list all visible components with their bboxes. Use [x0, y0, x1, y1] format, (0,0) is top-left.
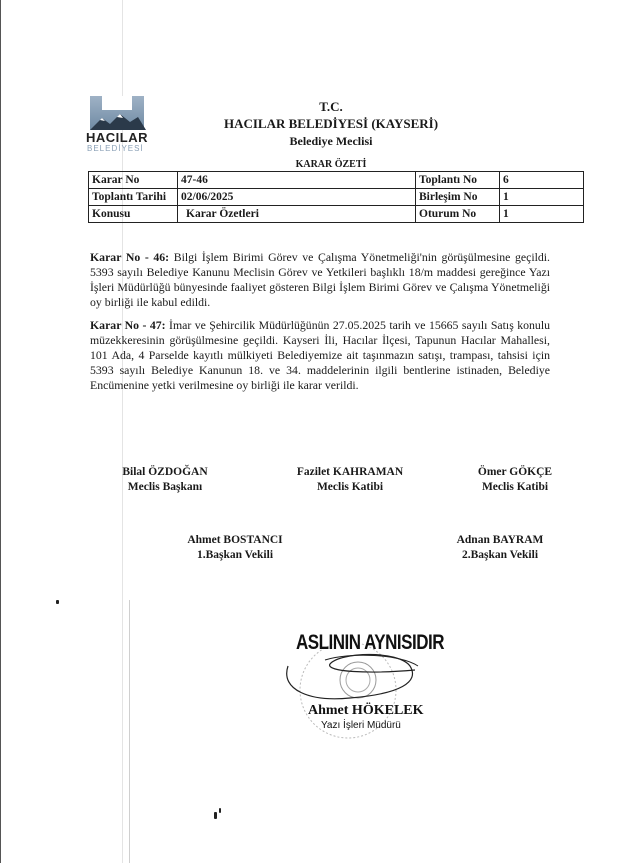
value-meeting-no: 6 [500, 172, 584, 189]
value-subject: Karar Özetleri [178, 206, 416, 223]
scan-artifact [219, 808, 221, 813]
signatory-council-president: Bilal ÖZDOĞAN Meclis Başkanı [100, 465, 230, 495]
table-row: Toplantı Tarihi 02/06/2025 Birleşim No 1 [89, 189, 584, 206]
scan-fold-line [129, 600, 130, 863]
label-decision-no: Karar No [89, 172, 178, 189]
table-row: Karar No 47-46 Toplantı No 6 [89, 172, 584, 189]
signatory-name: Fazilet KAHRAMAN [280, 465, 420, 480]
value-sitting-no: 1 [500, 206, 584, 223]
document-type: KARAR ÖZETİ [14, 159, 634, 170]
label-meeting-no: Toplantı No [416, 172, 500, 189]
stamp-name: Ahmet HÖKELEK [308, 703, 424, 719]
label-session-no: Birleşim No [416, 189, 500, 206]
decision-label: Karar No - 46: [90, 250, 169, 264]
table-row: Konusu Karar Özetleri Oturum No 1 [89, 206, 584, 223]
decision-46: Karar No - 46: Bilgi İşlem Birimi Görev … [90, 250, 550, 310]
header-council: Belediye Meclisi [14, 134, 634, 149]
header-organization: HACILAR BELEDİYESİ (KAYSERİ) [14, 116, 634, 132]
value-decision-no: 47-46 [178, 172, 416, 189]
signatory-role: Meclis Katibi [280, 480, 420, 495]
signatory-name: Ömer GÖKÇE [460, 465, 570, 480]
signatory-deputy-1: Ahmet BOSTANCI 1.Başkan Vekili [170, 533, 300, 563]
scan-artifact [56, 600, 59, 604]
decision-47: Karar No - 47: İmar ve Şehircilik Müdürl… [90, 318, 550, 393]
decision-label: Karar No - 47: [90, 318, 166, 332]
stamp-role: Yazı İşleri Müdürü [321, 720, 401, 731]
value-session-no: 1 [500, 189, 584, 206]
header-country: T.C. [14, 99, 634, 115]
scan-artifact [214, 812, 217, 819]
label-subject: Konusu [89, 206, 178, 223]
value-meeting-date: 02/06/2025 [178, 189, 416, 206]
signatory-role: 2.Başkan Vekili [430, 548, 570, 563]
signatory-clerk-1: Fazilet KAHRAMAN Meclis Katibi [280, 465, 420, 495]
signatory-deputy-2: Adnan BAYRAM 2.Başkan Vekili [430, 533, 570, 563]
signatory-clerk-2: Ömer GÖKÇE Meclis Katibi [460, 465, 570, 495]
signatory-name: Ahmet BOSTANCI [170, 533, 300, 548]
label-meeting-date: Toplantı Tarihi [89, 189, 178, 206]
signatory-role: Meclis Katibi [460, 480, 570, 495]
decision-info-table: Karar No 47-46 Toplantı No 6 Toplantı Ta… [88, 171, 584, 223]
signatory-name: Bilal ÖZDOĞAN [100, 465, 230, 480]
signatory-role: Meclis Başkanı [100, 480, 230, 495]
certified-copy-stamp: ASLININ AYNISIDIR Ahmet HÖKELEK Yazı İşl… [270, 630, 450, 740]
signatory-name: Adnan BAYRAM [430, 533, 570, 548]
stamp-title: ASLININ AYNISIDIR [296, 630, 444, 655]
scan-edge [0, 0, 1, 863]
signatory-role: 1.Başkan Vekili [170, 548, 300, 563]
label-sitting-no: Oturum No [416, 206, 500, 223]
